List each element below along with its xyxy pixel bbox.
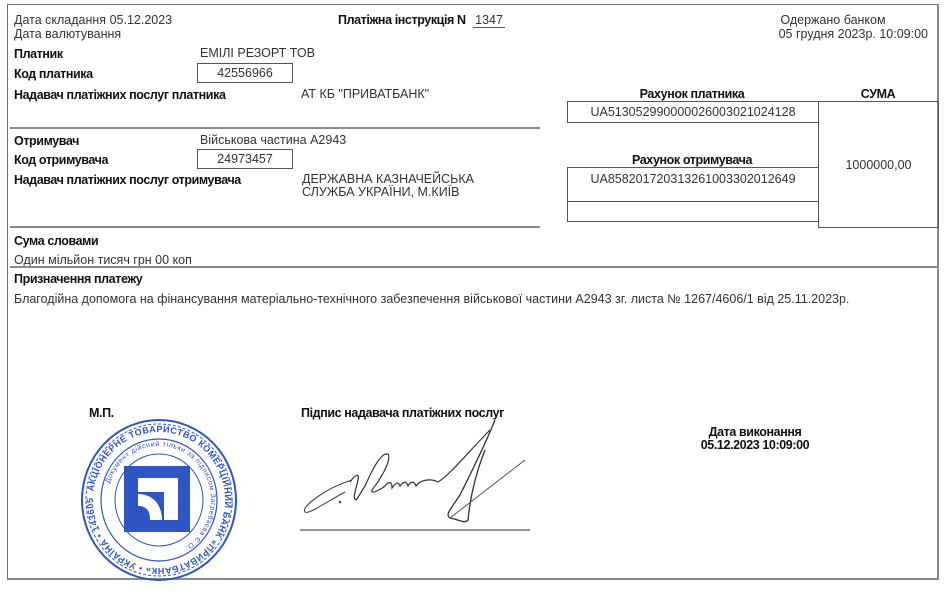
recipient-code-label: Код отримувача xyxy=(14,153,108,167)
amount-separator xyxy=(10,266,939,268)
payer-code-field: 42556966 xyxy=(197,63,293,83)
recipient-account-field: UA858201720313261003302012649 xyxy=(567,167,819,202)
payer-separator xyxy=(10,127,540,129)
recipient-provider-line1: ДЕРЖАВНА КАЗНАЧЕЙСЬКА xyxy=(302,172,474,186)
recipient-code-field: 24973457 xyxy=(197,149,293,169)
value-date-label: Дата валютування xyxy=(14,27,121,41)
received-by-bank: Одержано банком 05 грудня 2023р. 10:09:0… xyxy=(708,13,928,41)
value-date: Дата валютування xyxy=(14,27,121,41)
received-datetime: 05 грудня 2023р. 10:09:00 xyxy=(708,27,928,41)
recipient-provider-label: Надавач платіжних послуг отримувача xyxy=(14,173,241,187)
amount-words: Один мільйон тисяч грн 00 коп xyxy=(14,253,192,267)
recipient-account-label: Рахунок отримувача xyxy=(567,153,817,167)
signature-label: Підпис надавача платіжних послуг xyxy=(301,406,504,420)
purpose-label: Призначення платежу xyxy=(14,272,142,286)
amount-field: 1000000,00 xyxy=(818,101,939,228)
payer-label: Платник xyxy=(14,47,63,61)
execution-datetime: 05.12.2023 10:09:00 xyxy=(680,438,830,452)
payer-name: ЕМІЛІ РЕЗОРТ ТОВ xyxy=(200,46,315,60)
payer-code-label: Код платника xyxy=(14,67,93,81)
payer-provider-label: Надавач платіжних послуг платника xyxy=(14,88,226,102)
document-title-label: Платіжна інструкція N xyxy=(338,13,466,27)
execution-label: Дата виконання xyxy=(680,425,830,439)
signature-icon xyxy=(300,420,530,532)
purpose-text: Благодійна допомога на фінансування мате… xyxy=(14,292,849,306)
amount-label: СУМА xyxy=(818,87,938,101)
date-compiled-label: Дата складання xyxy=(14,13,106,27)
date-compiled: Дата складання 05.12.2023 xyxy=(14,13,172,27)
received-label: Одержано банком xyxy=(708,13,928,27)
document-number: 1347 xyxy=(473,13,505,28)
bank-stamp-icon: АКЦІОНЕРНЕ ТОВАРИСТВО КОМЕРЦІЙНИЙ БАНК «… xyxy=(80,418,238,583)
date-compiled-value: 05.12.2023 xyxy=(110,13,173,27)
document-title: Платіжна інструкція N 1347 xyxy=(338,13,505,27)
recipient-provider-line2: СЛУЖБА УКРАЇНИ, М.КИЇВ xyxy=(302,185,460,199)
recipient-label: Отримувач xyxy=(14,134,79,148)
payer-account-label: Рахунок платника xyxy=(567,87,817,101)
recipient-extra-field xyxy=(567,201,819,222)
payer-account-field: UA513052990000026003021024128 xyxy=(567,101,819,123)
payer-provider: АТ КБ "ПРИВАТБАНК" xyxy=(301,87,429,101)
recipient-name: Військова частина А2943 xyxy=(200,133,346,147)
recipient-separator xyxy=(10,226,540,228)
amount-words-label: Сума словами xyxy=(14,234,98,248)
